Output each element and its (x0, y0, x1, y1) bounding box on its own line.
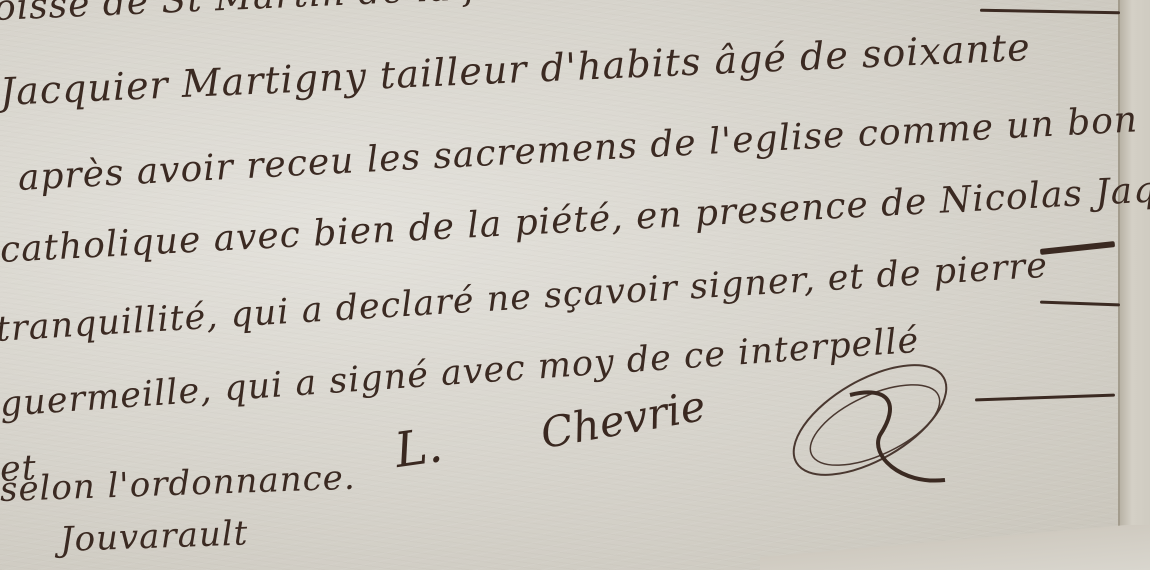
page-fold (760, 525, 1150, 570)
manuscript-line-8: selon l'ordonnance. (0, 458, 356, 510)
line-end-flourish (980, 9, 1120, 14)
signature-paraph-icon (780, 345, 980, 505)
line-end-flourish (975, 394, 1115, 402)
manuscript-line-9: Jouvarault (59, 513, 249, 560)
line-end-flourish (1040, 241, 1115, 255)
signature-initial: L. (391, 417, 445, 479)
adjacent-page-edge (1118, 0, 1150, 570)
manuscript-line-2: Jacquier Martigny tailleur d'habits âgé … (0, 25, 1031, 114)
manuscript-line-1: oisse de St Martin de la ferté alais (0, 0, 659, 29)
manuscript-page: oisse de St Martin de la ferté alais Jac… (0, 0, 1150, 570)
signature-name: Chevrie (537, 381, 709, 458)
line-end-flourish (1040, 301, 1120, 307)
